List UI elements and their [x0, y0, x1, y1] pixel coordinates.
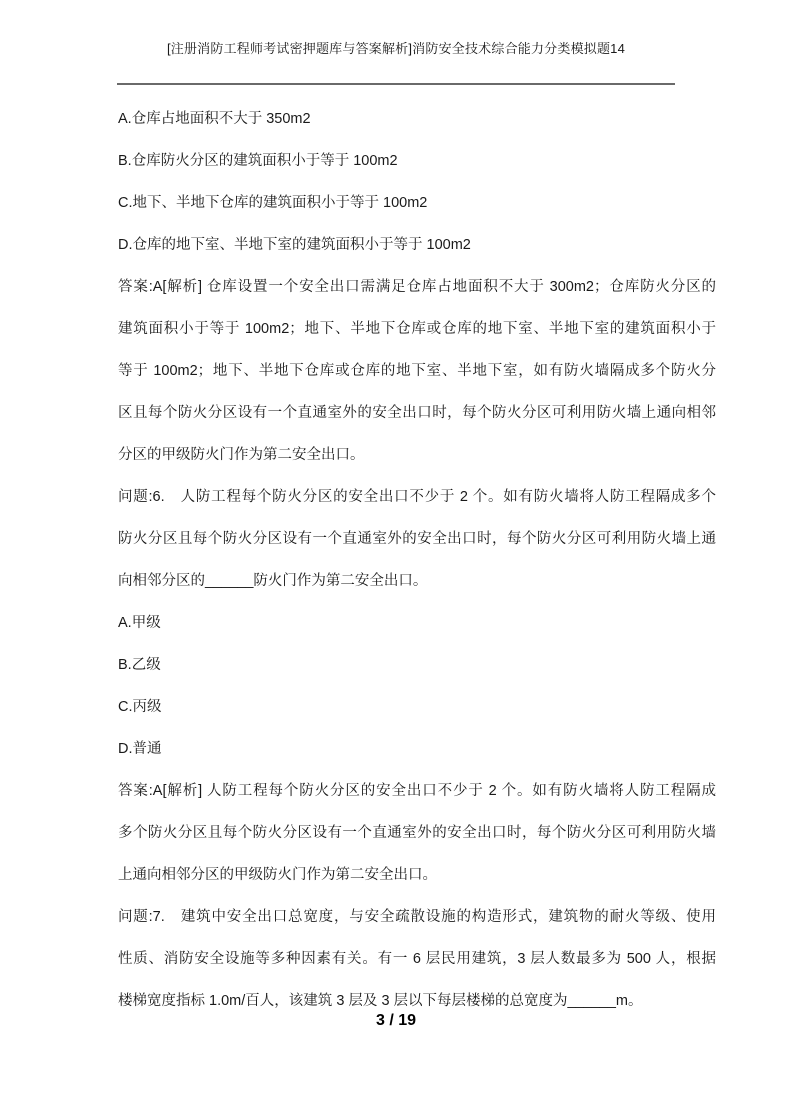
q5-option-a: A.仓库占地面积不大于 350m2 — [118, 98, 716, 140]
title-divider — [117, 83, 675, 85]
q6-option-b: B.乙级 — [118, 644, 716, 686]
document-page: [注册消防工程师考试密押题库与答案解析]消防安全技术综合能力分类模拟题14 A.… — [0, 0, 792, 1120]
q6-stem-line-2: 防火分区且每个防火分区设有一个直通室外的安全出口时，每个防火分区可利用防火墙上通 — [118, 518, 716, 560]
q5-option-d: D.仓库的地下室、半地下室的建筑面积小于等于 100m2 — [118, 224, 716, 266]
q5-option-c: C.地下、半地下仓库的建筑面积小于等于 100m2 — [118, 182, 716, 224]
q6-answer-line-3: 上通向相邻分区的甲级防火门作为第二安全出口。 — [118, 854, 716, 896]
document-body: A.仓库占地面积不大于 350m2B.仓库防火分区的建筑面积小于等于 100m2… — [118, 98, 716, 1022]
q6-option-a: A.甲级 — [118, 602, 716, 644]
q6-option-c: C.丙级 — [118, 686, 716, 728]
q6-stem-line-3: 向相邻分区的______防火门作为第二安全出口。 — [118, 560, 716, 602]
q5-answer-line-4: 区且每个防火分区设有一个直通室外的安全出口时，每个防火分区可利用防火墙上通向相邻 — [118, 392, 716, 434]
q5-answer-line-1: 答案:A[解析] 仓库设置一个安全出口需满足仓库占地面积不大于 300m2；仓库… — [118, 266, 716, 308]
q6-answer-line-1: 答案:A[解析] 人防工程每个防火分区的安全出口不少于 2 个。如有防火墙将人防… — [118, 770, 716, 812]
q5-option-b: B.仓库防火分区的建筑面积小于等于 100m2 — [118, 140, 716, 182]
document-title: [注册消防工程师考试密押题库与答案解析]消防安全技术综合能力分类模拟题14 — [0, 40, 792, 57]
q6-option-d: D.普通 — [118, 728, 716, 770]
page-number-indicator: 3 / 19 — [0, 1011, 792, 1030]
q7-stem-line-1: 问题:7. 建筑中安全出口总宽度，与安全疏散设施的构造形式，建筑物的耐火等级、使… — [118, 896, 716, 938]
q7-stem-line-2: 性质、消防安全设施等多种因素有关。有一 6 层民用建筑，3 层人数最多为 500… — [118, 938, 716, 980]
q6-stem-line-1: 问题:6. 人防工程每个防火分区的安全出口不少于 2 个。如有防火墙将人防工程隔… — [118, 476, 716, 518]
q5-answer-line-5: 分区的甲级防火门作为第二安全出口。 — [118, 434, 716, 476]
q6-answer-line-2: 多个防火分区且每个防火分区设有一个直通室外的安全出口时，每个防火分区可利用防火墙 — [118, 812, 716, 854]
q5-answer-line-2: 建筑面积小于等于 100m2；地下、半地下仓库或仓库的地下室、半地下室的建筑面积… — [118, 308, 716, 350]
q5-answer-line-3: 等于 100m2；地下、半地下仓库或仓库的地下室、半地下室，如有防火墙隔成多个防… — [118, 350, 716, 392]
